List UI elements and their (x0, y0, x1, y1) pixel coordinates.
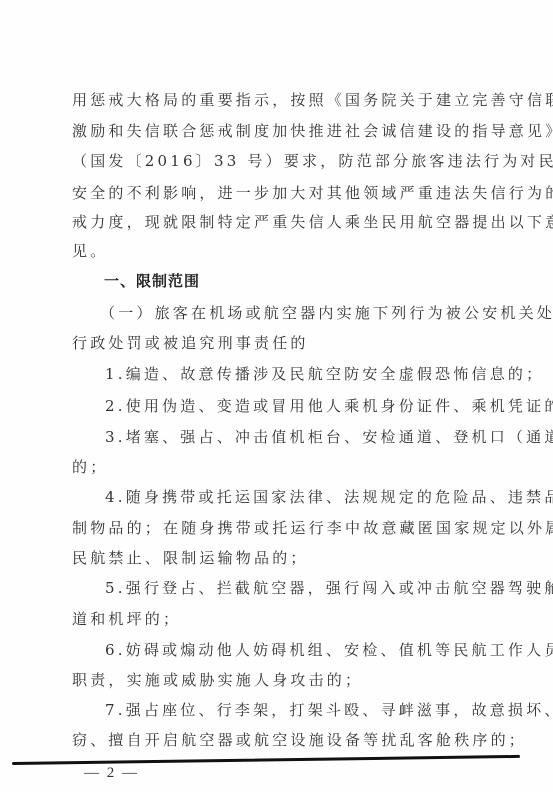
list-item-2: 2.使用伪造、变造或冒用他人乘机身份证件、乘机凭证的； (105, 396, 525, 416)
list-item-4-cont-1: 制物品的；在随身携带或托运行李中故意藏匿国家规定以外属于 (72, 518, 492, 538)
document-page: 用惩戒大格局的重要指示，按照《国务院关于建立完善守信联合 激励和失信联合惩戒制度… (0, 0, 553, 792)
intro-line-3: （国发〔2016〕33 号）要求，防范部分旅客违法行为对民航飞行 (72, 151, 492, 171)
list-item-6-cont: 职责，实施或威胁实施人身攻击的； (72, 670, 492, 690)
list-item-1: 1.编造、故意传播涉及民航空防安全虚假恐怖信息的； (105, 364, 525, 384)
page-number: — 2 — (84, 763, 139, 783)
list-item-7: 7.强占座位、行李架，打架斗殴、寻衅滋事，故意损坏、盗 (105, 700, 525, 720)
list-item-3: 3.堵塞、强占、冲击值机柜台、安检通道、登机口（通道） (105, 427, 525, 447)
list-item-7-cont: 窃、擅自开启航空器或航空设施设备等扰乱客舱秩序的； (72, 730, 492, 750)
list-item-3-cont: 的； (72, 457, 492, 477)
list-item-4: 4.随身携带或托运国家法律、法规规定的危险品、违禁品和管 (105, 487, 525, 507)
section-heading: 一、限制范围 (104, 271, 524, 291)
subsection-line-1: （一）旅客在机场或航空器内实施下列行为被公安机关处以 (100, 303, 520, 323)
intro-line-5: 戒力度，现就限制特定严重失信人乘坐民用航空器提出以下意 (72, 212, 492, 232)
list-item-5: 5.强行登占、拦截航空器，强行闯入或冲击航空器驾驶舱、跑 (105, 578, 525, 598)
page-bottom-rule (12, 755, 520, 765)
list-item-6: 6.妨碍或煽动他人妨碍机组、安检、值机等民航工作人员履行 (105, 640, 525, 660)
subsection-line-2: 行政处罚或被追究刑事责任的 (72, 333, 492, 353)
intro-line-6: 见。 (72, 241, 492, 261)
intro-line-1: 用惩戒大格局的重要指示，按照《国务院关于建立完善守信联合 (72, 90, 492, 110)
list-item-5-cont: 道和机坪的； (72, 609, 492, 629)
intro-line-4: 安全的不利影响，进一步加大对其他领域严重违法失信行为的惩 (72, 183, 492, 203)
list-item-4-cont-2: 民航禁止、限制运输物品的； (72, 548, 492, 568)
intro-line-2: 激励和失信联合惩戒制度加快推进社会诚信建设的指导意见》 (72, 121, 492, 141)
